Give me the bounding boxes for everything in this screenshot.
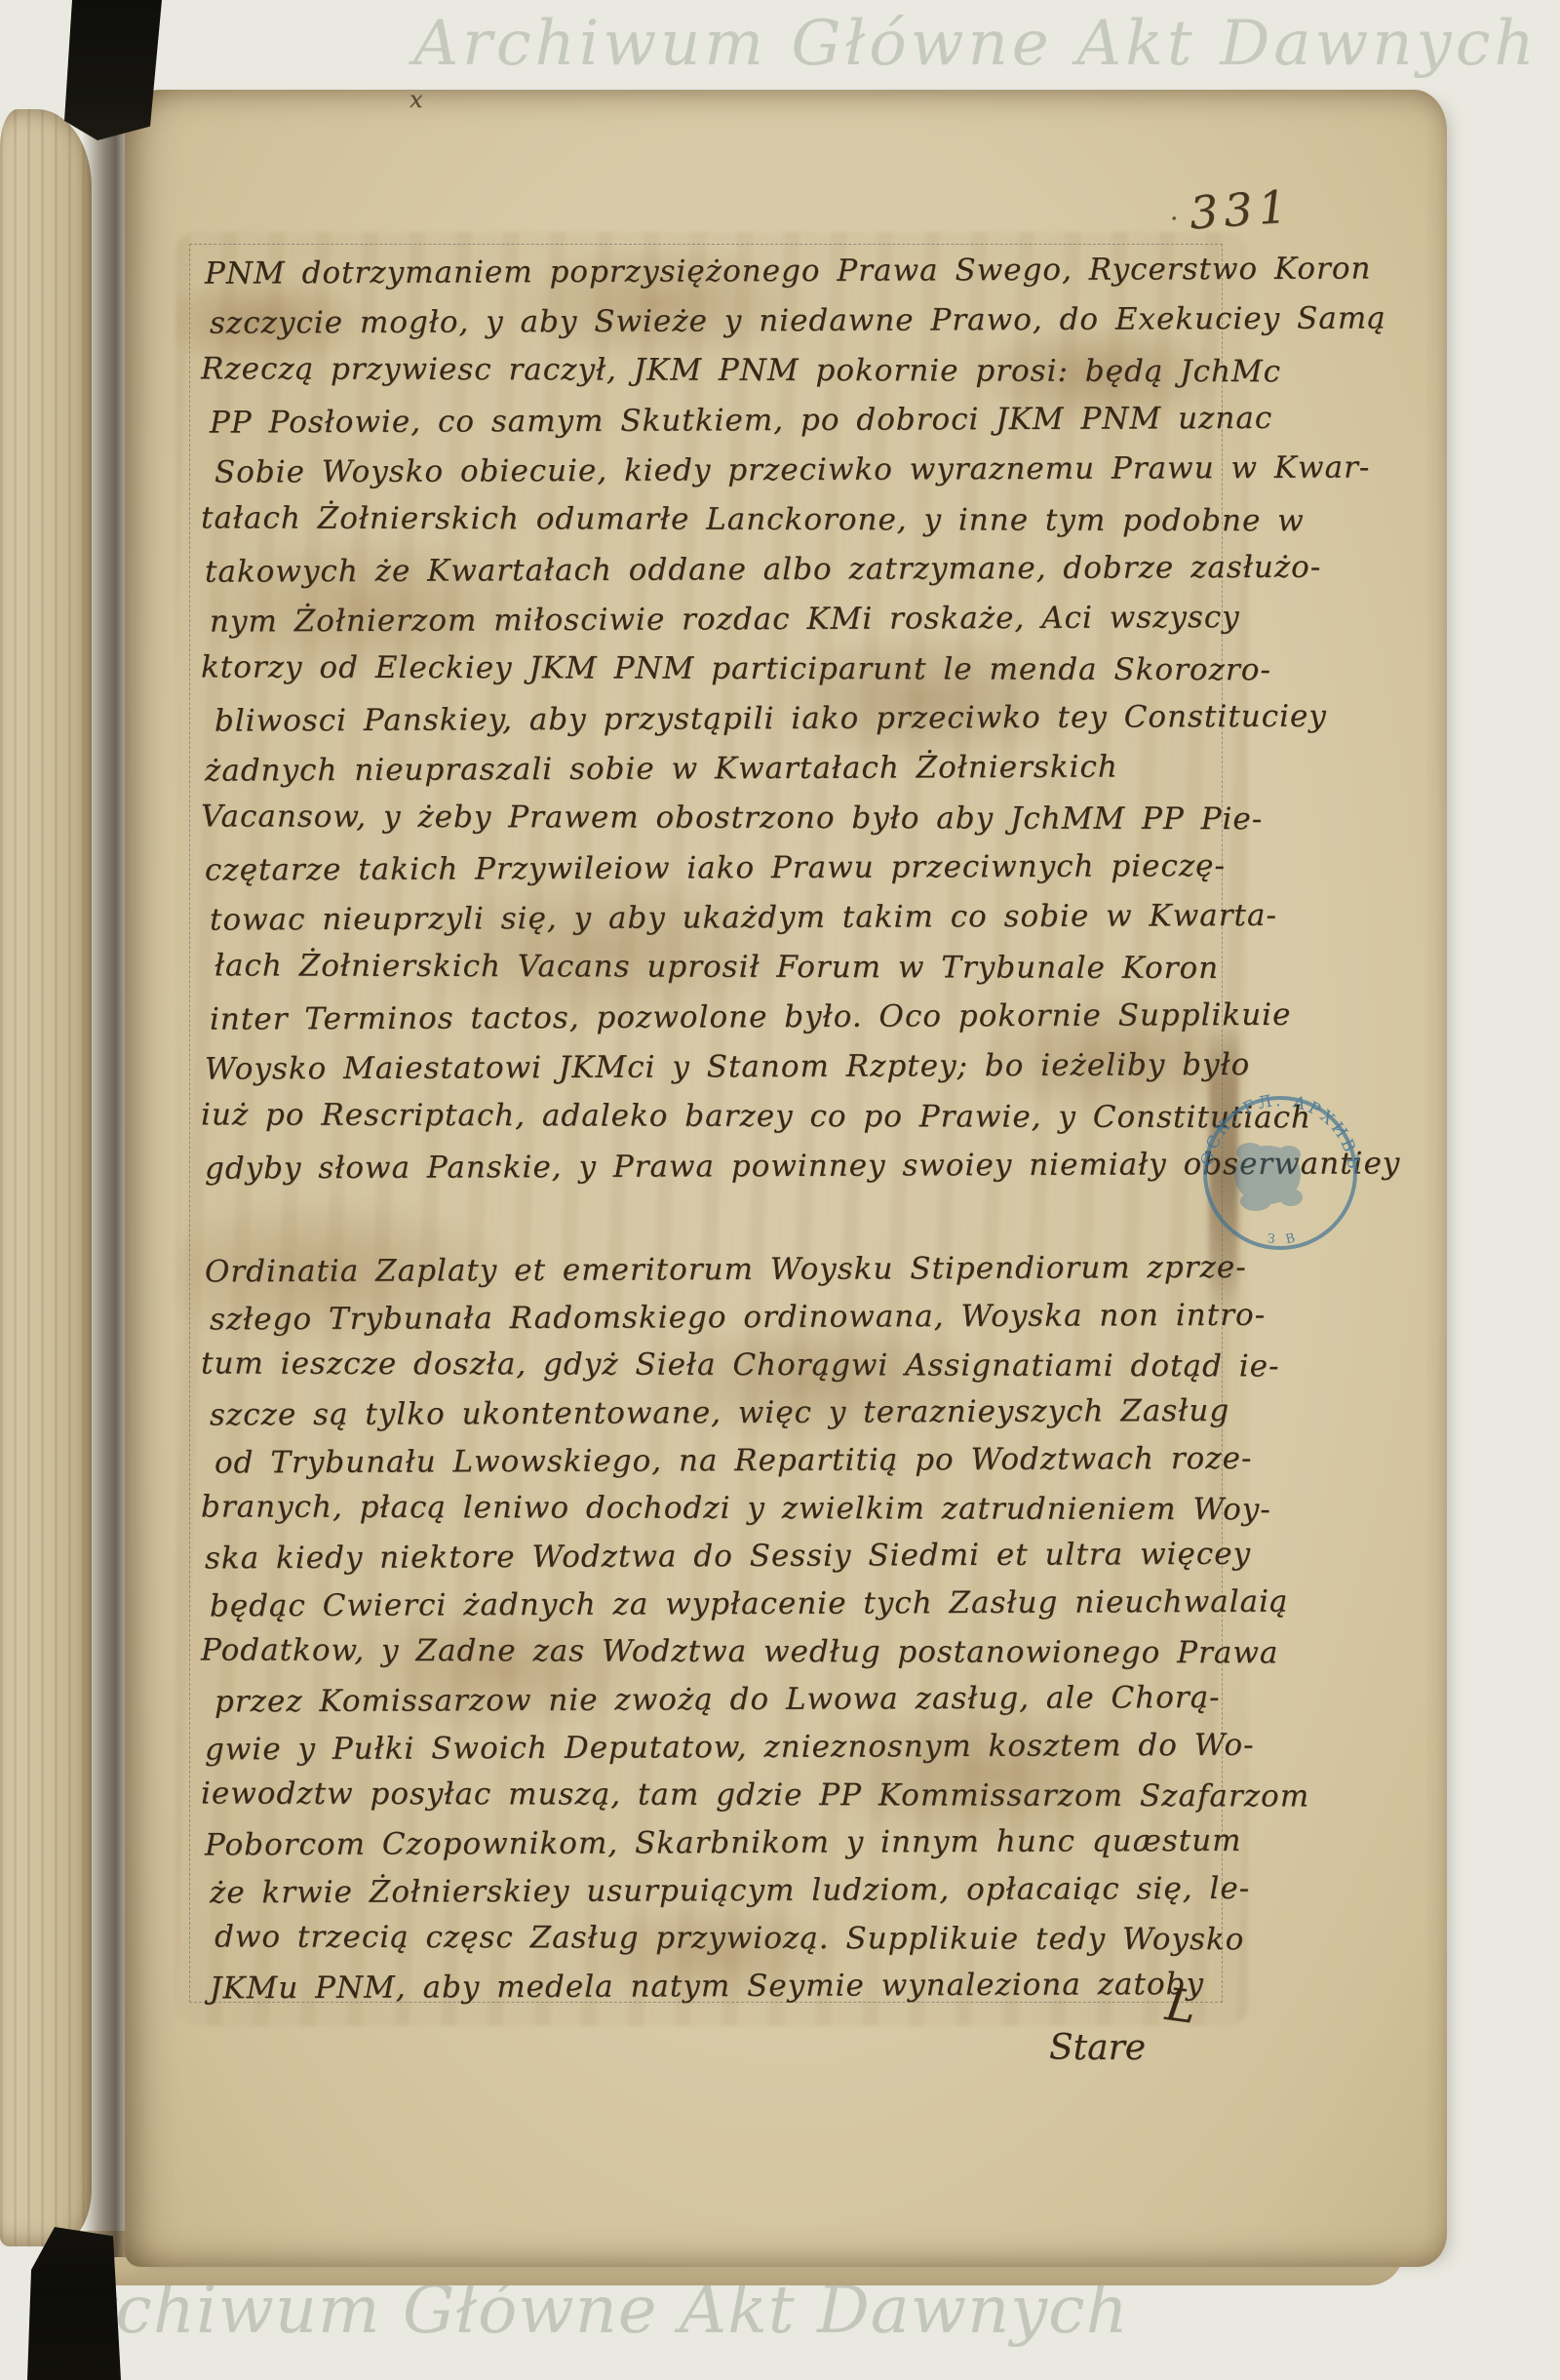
archival-scan: { "watermark": { "text": "Archiwum Główn… bbox=[0, 0, 1560, 2380]
manuscript-line: iewodztw posyłac muszą, tam gdzie PP Kom… bbox=[201, 1776, 1309, 1827]
manuscript-line: towac nieuprzyli się, y aby ukażdym taki… bbox=[210, 897, 1401, 952]
manuscript-line: szcze są tylko ukontentowane, więc y ter… bbox=[210, 1393, 1309, 1446]
bookmark-ribbon-bottom bbox=[27, 2227, 125, 2380]
manuscript-line: że krwie Żołnierskiey usurpuiącym ludzio… bbox=[210, 1871, 1309, 1924]
stamp-bottom-text-holder: З В bbox=[1267, 1230, 1301, 1248]
manuscript-paragraph-1: PNM dotrzymaniem poprzysiężonego Prawa S… bbox=[205, 254, 1400, 1198]
manuscript-line: inter Terminos tactos, pozwolone było. O… bbox=[210, 996, 1401, 1051]
manuscript-line: łach Żołnierskich Vacans uprosił Forum w… bbox=[214, 948, 1401, 1000]
manuscript-line: szczycie mogło, y aby Swieże y niedawne … bbox=[210, 300, 1401, 355]
manuscript-line: takowych że Kwartałach oddane albo zatrz… bbox=[205, 549, 1401, 604]
manuscript-line: Vacansow, y żeby Prawem obostrzono było … bbox=[201, 799, 1401, 851]
manuscript-line: Poborcom Czopownikom, Skarbnikom y innym… bbox=[205, 1823, 1309, 1876]
manuscript-line: JKMu PNM, aby medela natym Seymie wynale… bbox=[210, 1967, 1309, 2019]
manuscript-line: tum ieszcze doszła, gdyż Sieła Chorągwi … bbox=[201, 1346, 1309, 1397]
manuscript-line: przez Komissarzow nie zwożą do Lwowa zas… bbox=[214, 1680, 1309, 1733]
page-number-dot: · bbox=[1170, 205, 1178, 234]
stamp-emblem bbox=[1234, 1143, 1303, 1211]
manuscript-line: od Trybunału Lwowskiego, na Repartitią p… bbox=[214, 1441, 1309, 1494]
manuscript-line: PP Posłowie, co samym Skutkiem, po dobro… bbox=[210, 400, 1401, 454]
page-edge-creases bbox=[0, 109, 92, 2246]
manuscript-line: branych, płacą leniwo dochodzi y zwielki… bbox=[201, 1490, 1309, 1541]
manuscript-line: Sobie Woysko obiecuie, kiedy przeciwko w… bbox=[214, 449, 1401, 504]
page-number: 331 bbox=[1188, 179, 1294, 239]
manuscript-line: PNM dotrzymaniem poprzysiężonego Prawa S… bbox=[205, 251, 1401, 305]
manuscript-line: tałach Żołnierskich odumarłe Lanckorone,… bbox=[201, 500, 1401, 553]
catchword: Stare bbox=[1049, 2028, 1146, 2068]
manuscript-page: x · 331 PNM dotrzymaniem poprzysiężonego… bbox=[125, 90, 1447, 2267]
bookmark-ribbon-top bbox=[64, 0, 162, 140]
manuscript-line: Podatkow, y Zadne zas Wodztwa według pos… bbox=[201, 1633, 1309, 1684]
stamp-bottom-text: З В bbox=[1267, 1230, 1301, 1248]
manuscript-line: Rzeczą przywiesc raczył, JKM PNM pokorni… bbox=[201, 351, 1401, 404]
archive-stamp: ОСК. ГЛ. АРХИВЪ З В bbox=[1199, 1092, 1361, 1254]
manuscript-paragraph-2: Ordinatia Zaplaty et emeritorum Woysku S… bbox=[205, 1252, 1309, 2016]
left-page-edge bbox=[0, 109, 92, 2246]
manuscript-line: szłego Trybunała Radomskiego ordinowana,… bbox=[210, 1298, 1309, 1350]
manuscript-line: nym Żołnierzom miłosciwie rozdac KMi ros… bbox=[210, 599, 1401, 653]
top-margin-mark: x bbox=[409, 86, 423, 113]
manuscript-line: dwo trzecią częsc Zasług przywiozą. Supp… bbox=[214, 1920, 1309, 1970]
manuscript-line: czętarze takich Przywileiow iako Prawu p… bbox=[205, 847, 1401, 902]
watermark-top: Archiwum Główne Akt Dawnych bbox=[413, 8, 1539, 80]
manuscript-line: gwie y Pułki Swoich Deputatow, znieznosn… bbox=[205, 1728, 1309, 1780]
manuscript-line: bliwosci Panskiey, aby przystąpili iako … bbox=[214, 698, 1401, 753]
manuscript-line: ktorzy od Eleckiey JKM PNM participarunt… bbox=[201, 649, 1401, 702]
manuscript-line: Ordinatia Zaplaty et emeritorum Woysku S… bbox=[205, 1250, 1309, 1303]
manuscript-line: żadnych nieupraszali sobie w Kwartałach … bbox=[205, 748, 1401, 802]
manuscript-line: będąc Cwierci żadnych za wypłacenie tych… bbox=[210, 1584, 1309, 1637]
manuscript-line: ska kiedy niektore Wodztwa do Sessiy Sie… bbox=[205, 1537, 1309, 1589]
